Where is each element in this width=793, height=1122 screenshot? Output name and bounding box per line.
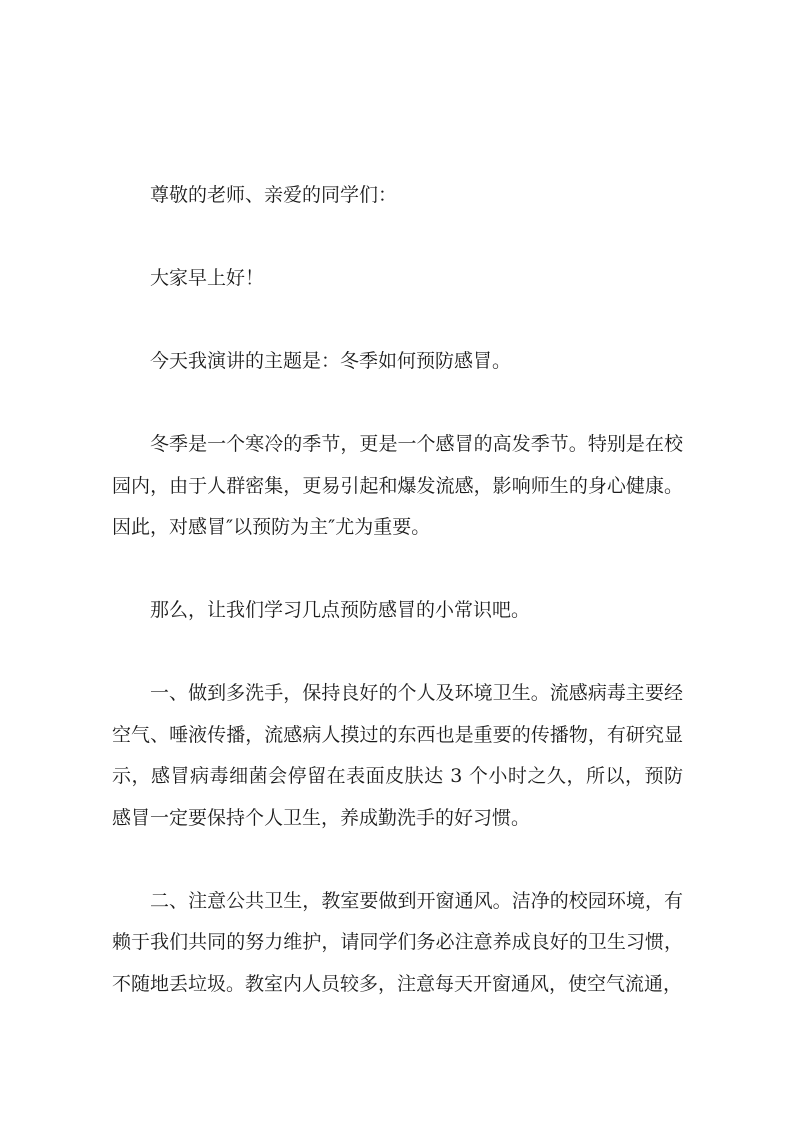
greeting-paragraph: 大家早上好！ (112, 258, 683, 300)
intro-paragraph: 冬季是一个寒冷的季节，更是一个感冒的高发季节。特别是在校园内，由于人群密集，更易… (112, 424, 683, 549)
page-canvas: 尊敬的老师、亲爱的同学们： 大家早上好！ 今天我演讲的主题是：冬季如何预防感冒。… (0, 0, 793, 1122)
point-one-paragraph: 一、做到多洗手，保持良好的个人及环境卫生。流感病毒主要经空气、唾液传播，流感病人… (112, 673, 683, 839)
document-body-text: 尊敬的老师、亲爱的同学们： 大家早上好！ 今天我演讲的主题是：冬季如何预防感冒。… (112, 175, 683, 1005)
transition-paragraph: 那么，让我们学习几点预防感冒的小常识吧。 (112, 590, 683, 632)
document-page: { "page": { "background_color": "#ffffff… (0, 0, 793, 1122)
point-two-paragraph: 二、注意公共卫生，教室要做到开窗通风。洁净的校园环境，有赖于我们共同的努力维护，… (112, 881, 683, 1006)
topic-paragraph: 今天我演讲的主题是：冬季如何预防感冒。 (112, 341, 683, 383)
salutation-paragraph: 尊敬的老师、亲爱的同学们： (112, 175, 683, 217)
